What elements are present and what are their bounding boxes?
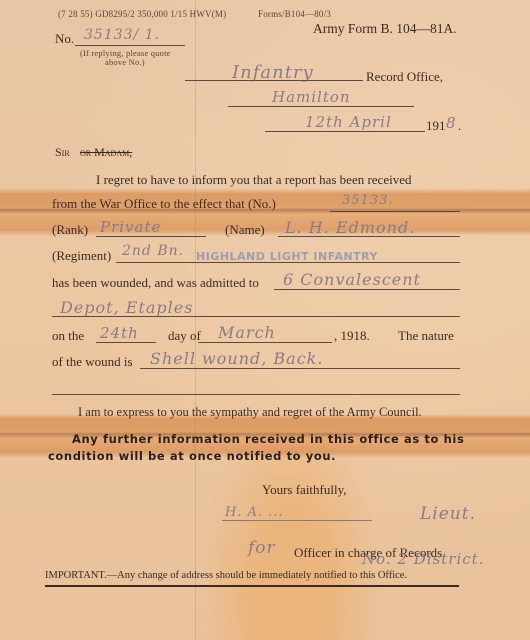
district-value: No. 2 District. [362, 550, 484, 568]
on-the-label: on the [52, 328, 84, 344]
blank-line [52, 394, 460, 395]
place-underline [228, 106, 414, 107]
record-office-label: Record Office, [366, 69, 443, 85]
year-dot: . [458, 118, 461, 134]
body-line1: I regret to have to inform you that a re… [96, 172, 411, 188]
regiment-underline [116, 262, 460, 263]
date-value: 12th April [305, 113, 392, 131]
month-underline [198, 342, 332, 343]
unit-underline [185, 80, 363, 81]
name-value: L. H. Edmond. [285, 218, 415, 237]
reply-note-line2: above No.) [105, 57, 145, 67]
reference-underline [75, 45, 185, 46]
month-value: March [218, 323, 276, 342]
signature: H. A. ... [225, 505, 284, 520]
rank-underline [96, 236, 206, 237]
place-value: Hamilton [272, 88, 351, 106]
fold-crease [195, 0, 196, 640]
year-suffix: 8 [446, 114, 457, 132]
year-prefix: 191 [426, 118, 446, 134]
yours-faithfully: Yours faithfully, [262, 482, 347, 498]
admitted-line2-underline [52, 316, 460, 317]
day-of-label: day of [168, 328, 201, 344]
salutation-madam-struck: or Madam, [80, 145, 132, 160]
body-line2: from the War Office to the effect that (… [52, 196, 276, 212]
day-underline [96, 342, 156, 343]
wound-underline [140, 368, 460, 369]
name-label: (Name) [225, 222, 265, 238]
no-label: No. [55, 31, 74, 47]
form-title: Army Form B. 104—81A. [313, 21, 457, 37]
signature-underline [222, 520, 372, 521]
service-number-value: 35133. [342, 193, 394, 208]
salutation-sir: Sir [55, 145, 70, 160]
signature-rank: Lieut. [420, 504, 476, 524]
rank-value: Private [100, 218, 161, 236]
admitted-value: 6 Convalescent [283, 270, 421, 289]
service-number-underline [330, 211, 460, 212]
date-underline [265, 131, 425, 132]
year-text: , 1918. [334, 328, 370, 344]
reference-number: 35133/ 1. [84, 27, 160, 43]
admitted-text: has been wounded, and was admitted to [52, 275, 259, 291]
wound-value: Shell wound, Back. [150, 349, 323, 368]
important-underline [45, 585, 459, 587]
for-text: for [248, 538, 276, 558]
admitted-underline [274, 289, 460, 290]
rank-label: (Rank) [52, 222, 88, 238]
sympathy-text: I am to express to you the sympathy and … [78, 405, 422, 420]
admitted-value-line2: Depot, Etaples [60, 298, 193, 317]
regiment-label: (Regiment) [52, 248, 111, 264]
day-value: 24th [100, 324, 139, 342]
further-info-line1: Any further information received in this… [72, 432, 464, 446]
name-underline [278, 236, 460, 237]
important-notice: IMPORTANT.—Any change of address should … [45, 570, 407, 581]
regiment-value: 2nd Bn. [122, 243, 184, 259]
further-info-line2: condition will be at once notified to yo… [48, 449, 336, 463]
forms-reference: Forms/B104—80/3 [258, 9, 331, 19]
nature-text: The nature [398, 328, 454, 344]
print-code: (7 28 55) GD8295/2 350,000 1/15 HWV(M) [58, 9, 226, 19]
wound-label: of the wound is [52, 354, 133, 370]
